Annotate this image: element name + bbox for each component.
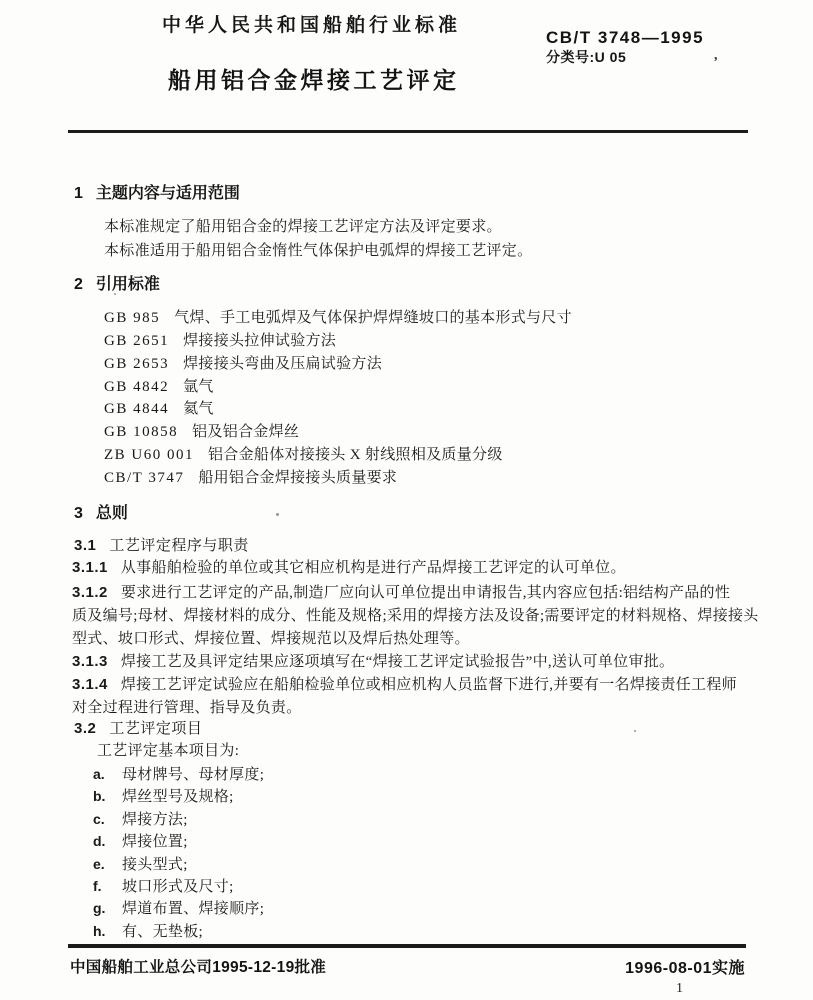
item-label: d. — [93, 830, 111, 852]
item-label: g. — [93, 897, 111, 919]
item-text: 接头型式; — [122, 857, 188, 873]
implementation-date: 1996-08-01实施 — [625, 955, 745, 978]
clause-title: 工艺评定程序与职责 — [109, 538, 249, 554]
clause-number: 3.1.1 — [72, 556, 108, 579]
reference-item: ZB U60 001铝合金船体对接接头 X 射线照相及质量分级 — [104, 444, 572, 467]
reference-code: ZB U60 001 — [104, 447, 194, 463]
reference-title: 氩气 — [183, 379, 214, 395]
list-item: h.有、无垫板; — [93, 920, 264, 942]
reference-title: 铝合金船体对接接头 X 射线照相及质量分级 — [208, 447, 503, 463]
clause-3-1: 3.1工艺评定程序与职责 — [74, 534, 249, 558]
reference-item: GB 4844氦气 — [104, 398, 572, 421]
scope-paragraph-1: 本标准规定了船用铝合金的焊接工艺评定方法及评定要求。 — [104, 216, 502, 239]
list-item: d.焊接位置; — [93, 830, 264, 852]
document-title: 船用铝合金焊接工艺评定 — [168, 62, 460, 95]
section-1-heading: 1主题内容与适用范围 — [74, 182, 240, 205]
clause-3-1-4: 3.1.4焊接工艺评定试验应在船舶检验单位或相应机构人员监督下进行,并要有一名焊… — [72, 673, 737, 720]
standard-document-page: 中华人民共和国船舶行业标准 CB/T 3748—1995 分类号:U 05 船用… — [0, 0, 813, 1000]
section-2-heading: 2引用标准 — [74, 273, 160, 296]
item-text: 坡口形式及尺寸; — [122, 879, 234, 895]
list-item: c.焊接方法; — [93, 808, 264, 830]
reference-code: GB 2651 — [104, 333, 169, 349]
page-number: 1 — [676, 981, 683, 997]
reference-item: GB 10858铝及铝合金焊丝 — [104, 421, 572, 444]
scan-speck — [276, 513, 279, 516]
item-label: f. — [93, 875, 111, 897]
reference-title: 铝及铝合金焊丝 — [192, 424, 299, 440]
list-item: a.母材牌号、母材厚度; — [93, 763, 264, 785]
item-text: 焊接位置; — [122, 834, 188, 850]
section-3-heading: 3总则 — [74, 502, 128, 525]
item-text: 焊道布置、焊接顺序; — [122, 901, 264, 917]
clause-text: 要求进行工艺评定的产品,制造厂应向认可单位提出申请报告,其内容应包括:铝结构产品… — [121, 585, 730, 601]
reference-item: GB 2651焊接接头拉伸试验方法 — [104, 330, 572, 353]
reference-title: 气焊、手工电弧焊及气体保护焊焊缝坡口的基本形式与尺寸 — [174, 310, 572, 326]
references-list: GB 985气焊、手工电弧焊及气体保护焊焊缝坡口的基本形式与尺寸 GB 2651… — [104, 307, 572, 490]
clause-text: 焊接工艺及具评定结果应逐项填写在“焊接工艺评定试验报告”中,送认可单位审批。 — [121, 654, 674, 670]
qualification-items-list: a.母材牌号、母材厚度; b.焊丝型号及规格; c.焊接方法; d.焊接位置; … — [93, 763, 264, 942]
item-text: 焊丝型号及规格; — [122, 789, 234, 805]
reference-code: GB 4844 — [104, 401, 169, 417]
section-heading-text: 主题内容与适用范围 — [96, 185, 240, 202]
reference-title: 船用铝合金焊接接头质量要求 — [198, 470, 397, 486]
item-label: e. — [93, 853, 111, 875]
clause-line: 型式、坡口形式、焊接位置、焊接规范以及焊后热处理等。 — [72, 628, 759, 651]
reference-item: CB/T 3747船用铝合金焊接接头质量要求 — [104, 467, 572, 490]
item-label: c. — [93, 808, 111, 830]
clause-3-1-1: 3.1.1从事船舶检验的单位或其它相应机构是进行产品焊接工艺评定的认可单位。 — [72, 556, 626, 580]
reference-code: CB/T 3747 — [104, 470, 184, 486]
reference-item: GB 4842氩气 — [104, 376, 572, 399]
reference-item: GB 985气焊、手工电弧焊及气体保护焊焊缝坡口的基本形式与尺寸 — [104, 307, 572, 330]
item-label: h. — [93, 920, 111, 942]
clause-number: 3.1 — [74, 534, 96, 557]
item-label: b. — [93, 785, 111, 807]
clause-number: 3.1.2 — [72, 581, 108, 604]
reference-code: GB 2653 — [104, 356, 169, 372]
clause-number: 3.1.3 — [72, 650, 108, 673]
standard-number: CB/T 3748—1995 — [546, 28, 704, 48]
reference-code: GB 985 — [104, 310, 160, 326]
footer-divider-rule — [68, 944, 746, 948]
reference-title: 焊接接头弯曲及压扁试验方法 — [183, 356, 382, 372]
reference-code: GB 4842 — [104, 379, 169, 395]
items-intro: 工艺评定基本项目为: — [97, 740, 239, 763]
clause-text: 从事船舶检验的单位或其它相应机构是进行产品焊接工艺评定的认可单位。 — [121, 560, 626, 576]
scan-artifact-mark: , — [714, 48, 718, 64]
section-heading-text: 总则 — [96, 505, 128, 522]
item-text: 母材牌号、母材厚度; — [122, 767, 264, 783]
section-number: 1 — [74, 182, 83, 205]
list-item: e.接头型式; — [93, 853, 264, 875]
clause-number: 3.2 — [74, 717, 96, 740]
header-divider-rule — [68, 130, 748, 133]
reference-title: 焊接接头拉伸试验方法 — [183, 333, 336, 349]
scan-speck — [114, 293, 116, 295]
standard-org-title: 中华人民共和国船舶行业标准 — [162, 10, 461, 37]
classification-number: 分类号:U 05 — [546, 47, 626, 67]
clause-number: 3.1.4 — [72, 673, 108, 696]
list-item: b.焊丝型号及规格; — [93, 785, 264, 807]
item-text: 焊接方法; — [122, 812, 188, 828]
clause-line: 3.1.4焊接工艺评定试验应在船舶检验单位或相应机构人员监督下进行,并要有一名焊… — [72, 673, 737, 697]
section-number: 2 — [74, 273, 83, 296]
clause-text: 焊接工艺评定试验应在船舶检验单位或相应机构人员监督下进行,并要有一名焊接责任工程… — [121, 677, 737, 693]
reference-code: GB 10858 — [104, 424, 178, 440]
item-text: 有、无垫板; — [122, 924, 203, 940]
scope-paragraph-2: 本标准适用于船用铝合金惰性气体保护电弧焊的焊接工艺评定。 — [104, 240, 532, 263]
item-label: a. — [93, 763, 111, 785]
clause-3-2: 3.2工艺评定项目 — [74, 717, 202, 741]
list-item: f.坡口形式及尺寸; — [93, 875, 264, 897]
approval-statement: 中国船舶工业总公司1995-12-19批准 — [70, 955, 326, 977]
clause-title: 工艺评定项目 — [109, 721, 202, 737]
clause-line: 3.1.2要求进行工艺评定的产品,制造厂应向认可单位提出申请报告,其内容应包括:… — [72, 581, 759, 605]
clause-line: 质及编号;母材、焊接材料的成分、性能及规格;采用的焊接方法及设备;需要评定的材料… — [72, 605, 759, 628]
reference-title: 氦气 — [183, 401, 214, 417]
list-item: g.焊道布置、焊接顺序; — [93, 897, 264, 919]
clause-3-1-2: 3.1.2要求进行工艺评定的产品,制造厂应向认可单位提出申请报告,其内容应包括:… — [72, 581, 759, 651]
section-heading-text: 引用标准 — [96, 276, 160, 293]
clause-3-1-3: 3.1.3焊接工艺及具评定结果应逐项填写在“焊接工艺评定试验报告”中,送认可单位… — [72, 650, 674, 674]
scan-speck — [634, 730, 636, 732]
reference-item: GB 2653焊接接头弯曲及压扁试验方法 — [104, 353, 572, 376]
section-number: 3 — [74, 502, 83, 525]
